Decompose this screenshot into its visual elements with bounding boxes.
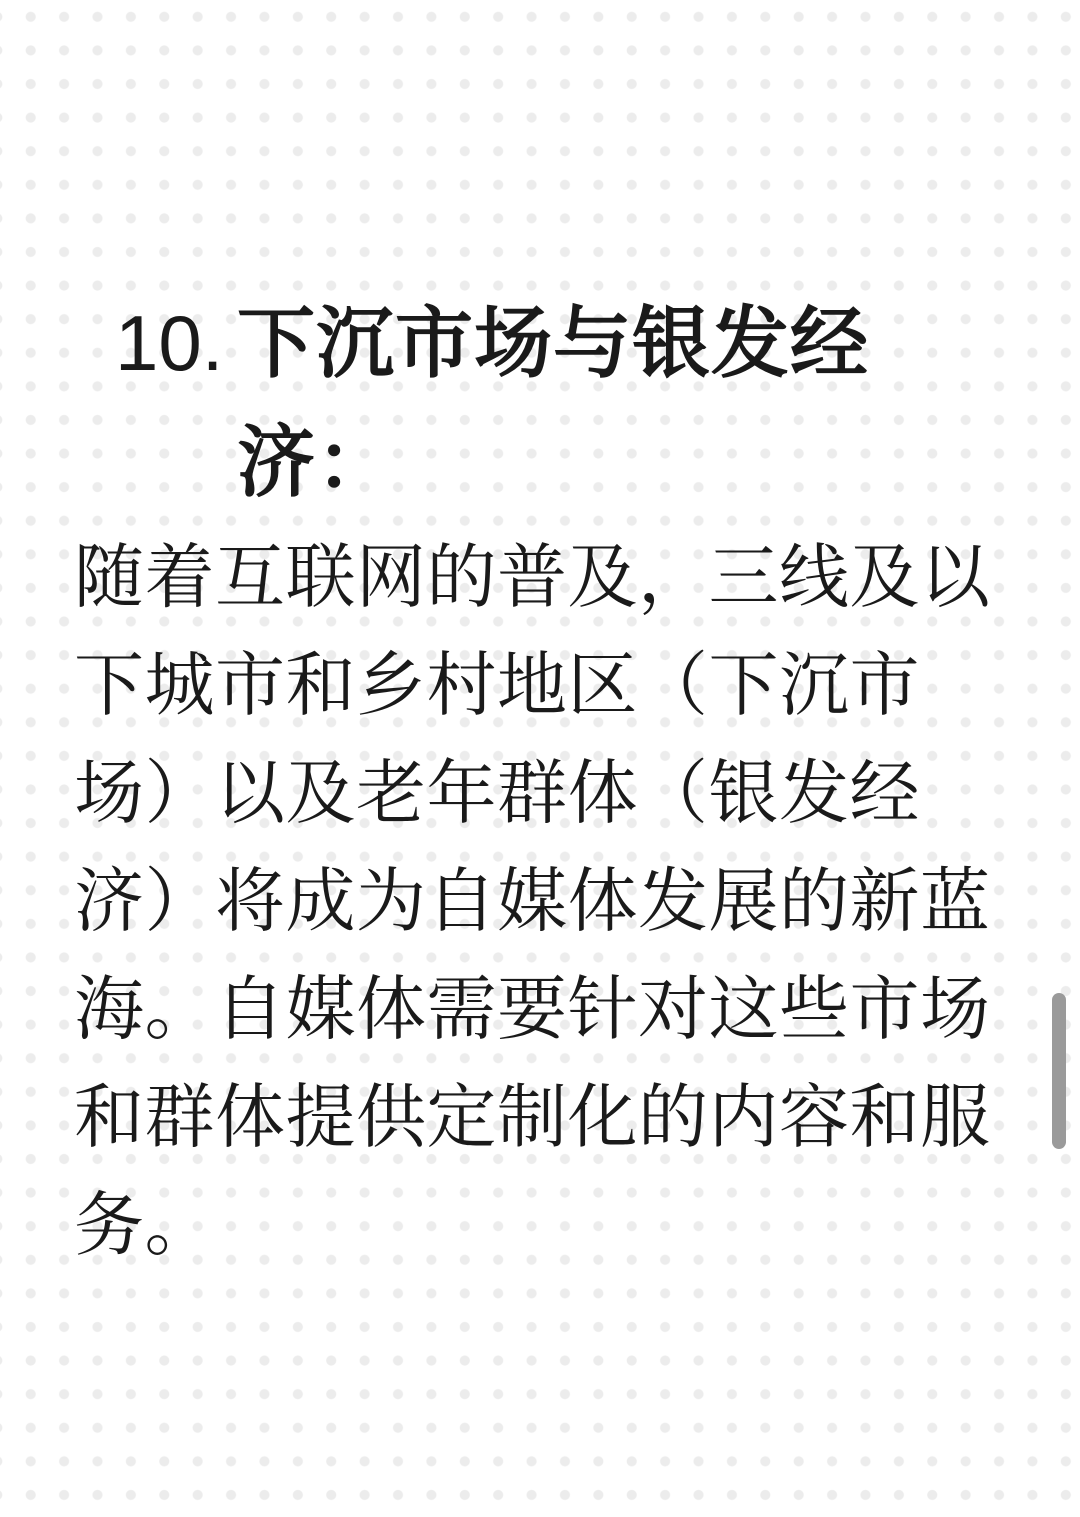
list-item-heading: 10. 下沉市场与银发经 济： — [115, 284, 869, 522]
paragraph-line: 随着互联网的普及，三线及以 — [74, 523, 991, 631]
paragraph: 随着互联网的普及，三线及以 下城市和乡村地区（下沉市 场）以及老年群体（银发经 … — [74, 523, 991, 1279]
paragraph-line: 海。自媒体需要针对这些市场 — [74, 955, 991, 1063]
list-item-number: 10. — [115, 284, 237, 403]
paragraph-line: 和群体提供定制化的内容和服 — [74, 1063, 991, 1171]
paragraph-line: 济）将成为自媒体发展的新蓝 — [74, 847, 991, 955]
heading-line: 济： — [237, 403, 869, 522]
heading-line: 下沉市场与银发经 — [237, 284, 869, 403]
page-title: 下沉市场与银发经 济： — [237, 284, 869, 522]
paragraph-line: 场）以及老年群体（银发经 — [74, 739, 991, 847]
note-page: 10. 下沉市场与银发经 济： 随着互联网的普及，三线及以 下城市和乡村地区（下… — [0, 0, 1080, 1517]
paragraph-line: 下城市和乡村地区（下沉市 — [74, 631, 991, 739]
scrollbar-thumb[interactable] — [1052, 993, 1066, 1149]
paragraph-line: 务。 — [74, 1171, 991, 1279]
